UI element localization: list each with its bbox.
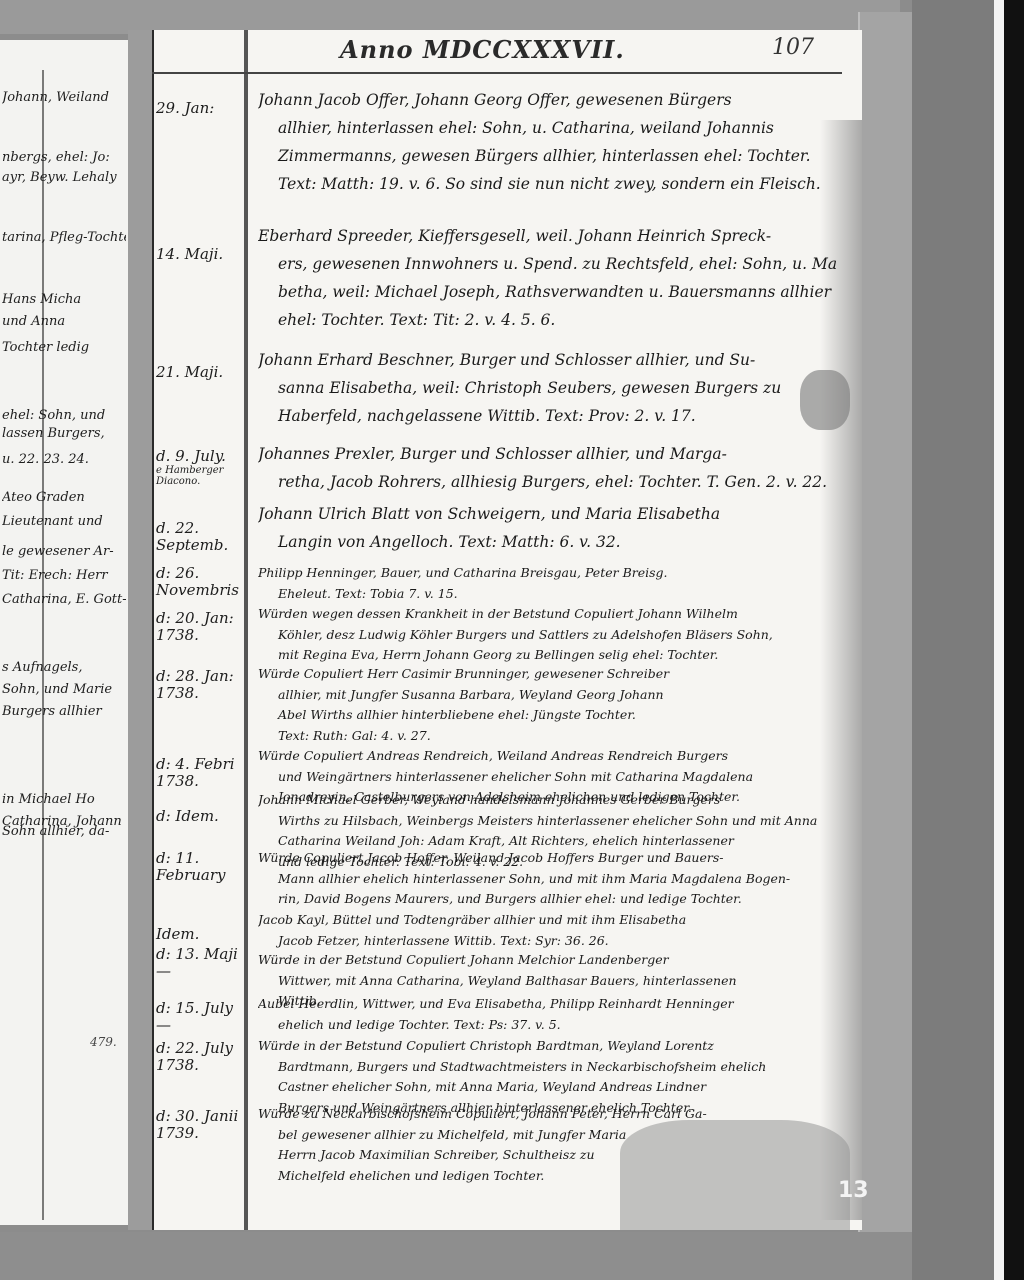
- entry-line: mit Regina Eva, Herrn Johann Georg zu Be…: [258, 645, 838, 666]
- left-page-line: Burgers allhier: [2, 702, 126, 722]
- scanner-edge-strip: [994, 0, 1004, 1280]
- entry-date-text: d: 28. Jan: 1738.: [156, 667, 234, 702]
- page-number: 107: [772, 30, 814, 70]
- entry-line: Würden wegen dessen Krankheit in der Bet…: [258, 604, 838, 625]
- entry-line: ehel: Tochter. Text: Tit: 2. v. 4. 5. 6.: [258, 306, 838, 334]
- entry-date: d. 9. July.e Hamberger Diacono.: [156, 448, 246, 487]
- entry-line: ers, gewesenen Innwohners u. Spend. zu R…: [258, 250, 838, 278]
- entry-line: ehelich und ledige Tochter. Text: Ps: 37…: [258, 1015, 838, 1036]
- entry-line: Abel Wirths allhier hinterbliebene ehel:…: [258, 705, 838, 726]
- entry-text: Johann Ulrich Blatt von Schweigern, und …: [258, 500, 838, 556]
- entry-line: Aubel Heerdlin, Wittwer, und Eva Elisabe…: [258, 994, 838, 1015]
- entry-line: Text: Matth: 19. v. 6. So sind sie nun n…: [258, 170, 838, 198]
- entry-date: d: 22. July 1738.: [156, 1040, 246, 1074]
- entry-line: betha, weil: Michael Joseph, Rathsverwan…: [258, 278, 838, 306]
- entry-date: d: 28. Jan: 1738.: [156, 668, 246, 702]
- left-page-line: und Anna: [2, 312, 126, 332]
- left-margin-note: 479.: [90, 1035, 117, 1049]
- left-page-line: nbergs, ehel: Jo:: [2, 148, 126, 168]
- left-page-line: Tit: Erech: Herr: [2, 566, 126, 586]
- entry-line: Jacob Fetzer, hinterlassene Wittib. Text…: [258, 931, 838, 952]
- left-page-line: Hans Micha: [2, 290, 126, 310]
- entry-line: Johann Jacob Offer, Johann Georg Offer, …: [258, 86, 838, 114]
- entry-text: Philipp Henninger, Bauer, und Catharina …: [258, 563, 838, 604]
- entry-date: d: Idem.: [156, 808, 246, 825]
- book-gutter: [128, 30, 152, 1230]
- entry-line: Eberhard Spreeder, Kieffersgesell, weil.…: [258, 222, 838, 250]
- entry-date-text: 21. Maji.: [156, 363, 223, 381]
- entry-officiant-note: e Hamberger Diacono.: [156, 465, 246, 487]
- entry-line: Würde Copuliert Herr Casimir Brunninger,…: [258, 664, 838, 685]
- entry-line: Haberfeld, nachgelassene Wittib. Text: P…: [258, 402, 838, 430]
- entry-date: d: 4. Febri 1738.: [156, 756, 246, 790]
- left-page-line: Tochter ledig: [2, 338, 126, 358]
- entry-date-text: d. 9. July.: [156, 447, 226, 465]
- entry-text: Würde zu Neckarbischofsheim Copuliert, J…: [258, 1104, 838, 1186]
- entry-line: Wirths zu Hilsbach, Weinbergs Meisters h…: [258, 811, 838, 832]
- entry-line: Johann Erhard Beschner, Burger und Schlo…: [258, 346, 838, 374]
- entry-line: Würde in der Betstund Copuliert Johann M…: [258, 950, 838, 971]
- entry-date: d. 22. Septemb.: [156, 520, 246, 554]
- entry-line: Johann Ulrich Blatt von Schweigern, und …: [258, 500, 838, 528]
- entry-date-text: d: 20. Jan: 1738.: [156, 609, 234, 644]
- left-page-line: Johann, Weiland: [2, 88, 126, 108]
- entry-line: Köhler, desz Ludwig Köhler Burgers und S…: [258, 625, 838, 646]
- entry-line: Text: Ruth: Gal: 4. v. 27.: [258, 726, 838, 747]
- entry-line: Würde zu Neckarbischofsheim Copuliert, J…: [258, 1104, 838, 1125]
- left-page-line: Catharina, E. Gott-: [2, 590, 126, 610]
- entry-text: Johannes Prexler, Burger und Schlosser a…: [258, 440, 838, 496]
- entry-date: d: 11. February: [156, 850, 246, 884]
- entry-date: Idem.: [156, 926, 246, 943]
- entry-date-text: d: 26. Novembris: [156, 564, 239, 599]
- left-page-line: ehel: Sohn, und: [2, 406, 126, 426]
- entry-date: 21. Maji.: [156, 364, 246, 381]
- left-page-line: s Aufnagels,: [2, 658, 126, 678]
- entry-line: Würde Copuliert Andreas Rendreich, Weila…: [258, 746, 838, 767]
- entry-text: Jacob Kayl, Büttel und Todtengräber allh…: [258, 910, 838, 951]
- left-page-line: Ateo Graden: [2, 488, 126, 508]
- scanner-border: [1004, 0, 1024, 1280]
- scan-bottom-edge: [0, 1232, 912, 1280]
- scanner-right-margin: [912, 0, 994, 1280]
- entry-line: Michelfeld ehelichen und ledigen Tochter…: [258, 1166, 838, 1187]
- entry-date: d: 13. Maji —: [156, 946, 246, 980]
- entry-date: 29. Jan:: [156, 100, 246, 117]
- entry-date-text: d: 30. Janii 1739.: [156, 1107, 238, 1142]
- entry-line: Johann Michael Gerber, Weyland handelsma…: [258, 790, 838, 811]
- entry-date: d: 20. Jan: 1738.: [156, 610, 246, 644]
- entry-line: bel gewesener allhier zu Michelfeld, mit…: [258, 1125, 838, 1146]
- folio-mark: 13: [838, 1178, 869, 1203]
- left-page-line: ayr, Beyw. Lehaly: [2, 168, 126, 188]
- left-page-line: le gewesener Ar-: [2, 542, 126, 562]
- date-column-left-rule: [152, 30, 154, 1230]
- book-right-edge: [858, 12, 914, 1237]
- entry-line: retha, Jacob Rohrers, allhiesig Burgers,…: [258, 468, 838, 496]
- entry-line: Langin von Angelloch. Text: Matth: 6. v.…: [258, 528, 838, 556]
- entry-text: Aubel Heerdlin, Wittwer, und Eva Elisabe…: [258, 994, 838, 1035]
- entry-line: allhier, hinterlassen ehel: Sohn, u. Cat…: [258, 114, 838, 142]
- entry-line: allhier, mit Jungfer Susanna Barbara, We…: [258, 685, 838, 706]
- entry-line: Mann allhier ehelich hinterlassener Sohn…: [258, 869, 838, 890]
- entry-date-text: Idem.: [156, 925, 199, 943]
- entry-line: Würde in der Betstund Copuliert Christop…: [258, 1036, 838, 1057]
- left-page-line: lassen Burgers,: [2, 424, 126, 444]
- header-rule: [152, 72, 842, 74]
- entry-text: Würde Copuliert Herr Casimir Brunninger,…: [258, 664, 838, 746]
- entry-date-text: 29. Jan:: [156, 99, 214, 117]
- entry-line: Jacob Kayl, Büttel und Todtengräber allh…: [258, 910, 838, 931]
- page-title: Anno MDCCXXXVII.: [340, 30, 625, 70]
- left-page-line: Sohn allhier, da-: [2, 822, 126, 842]
- entry-text: Würden wegen dessen Krankheit in der Bet…: [258, 604, 838, 666]
- entry-text: Johann Erhard Beschner, Burger und Schlo…: [258, 346, 838, 430]
- entry-text: Würde Copuliert Jacob Hoffer, Weiland Ja…: [258, 848, 838, 910]
- entry-line: Johannes Prexler, Burger und Schlosser a…: [258, 440, 838, 468]
- left-page-line: Sohn, und Marie: [2, 680, 126, 700]
- entry-line: Castner ehelicher Sohn, mit Anna Maria, …: [258, 1077, 838, 1098]
- entry-line: Eheleut. Text: Tobia 7. v. 15.: [258, 584, 838, 605]
- date-column-header: [152, 30, 244, 74]
- entry-date-text: d: Idem.: [156, 807, 219, 825]
- entry-text: Johann Jacob Offer, Johann Georg Offer, …: [258, 86, 838, 198]
- left-page-line: tarina, Pfleg-Tochter: [2, 228, 126, 248]
- entry-line: und Weingärtners hinterlassener eheliche…: [258, 767, 838, 788]
- entry-text: Eberhard Spreeder, Kieffersgesell, weil.…: [258, 222, 838, 334]
- entry-date-text: d: 13. Maji —: [156, 945, 238, 980]
- left-page-line: Lieutenant und: [2, 512, 126, 532]
- entry-date: 14. Maji.: [156, 246, 246, 263]
- left-page-line: u. 22. 23. 24.: [2, 450, 126, 470]
- entry-line: Wittwer, mit Anna Catharina, Weyland Bal…: [258, 971, 838, 992]
- entry-date: d: 15. July —: [156, 1000, 246, 1034]
- entry-date-text: d: 11. February: [156, 849, 226, 884]
- entry-line: rin, David Bogens Maurers, und Burgers a…: [258, 889, 838, 910]
- entry-line: Philipp Henninger, Bauer, und Catharina …: [258, 563, 838, 584]
- entry-line: Würde Copuliert Jacob Hoffer, Weiland Ja…: [258, 848, 838, 869]
- entry-date-text: d. 22. Septemb.: [156, 519, 228, 554]
- entry-date-text: d: 15. July —: [156, 999, 233, 1034]
- entry-date: d: 30. Janii 1739.: [156, 1108, 246, 1142]
- entry-line: Bardtmann, Burgers und Stadtwachtmeister…: [258, 1057, 838, 1078]
- entry-date-text: 14. Maji.: [156, 245, 223, 263]
- entry-date-text: d: 4. Febri 1738.: [156, 755, 235, 790]
- entry-date-text: d: 22. July 1738.: [156, 1039, 233, 1074]
- entry-line: Herrn Jacob Maximilian Schreiber, Schult…: [258, 1145, 838, 1166]
- left-page-line: in Michael Ho: [2, 790, 126, 810]
- entry-date: d: 26. Novembris: [156, 565, 246, 599]
- scan-top-edge: [0, 0, 900, 34]
- entry-line: Zimmermanns, gewesen Bürgers allhier, hi…: [258, 142, 838, 170]
- entry-line: sanna Elisabetha, weil: Christoph Seuber…: [258, 374, 838, 402]
